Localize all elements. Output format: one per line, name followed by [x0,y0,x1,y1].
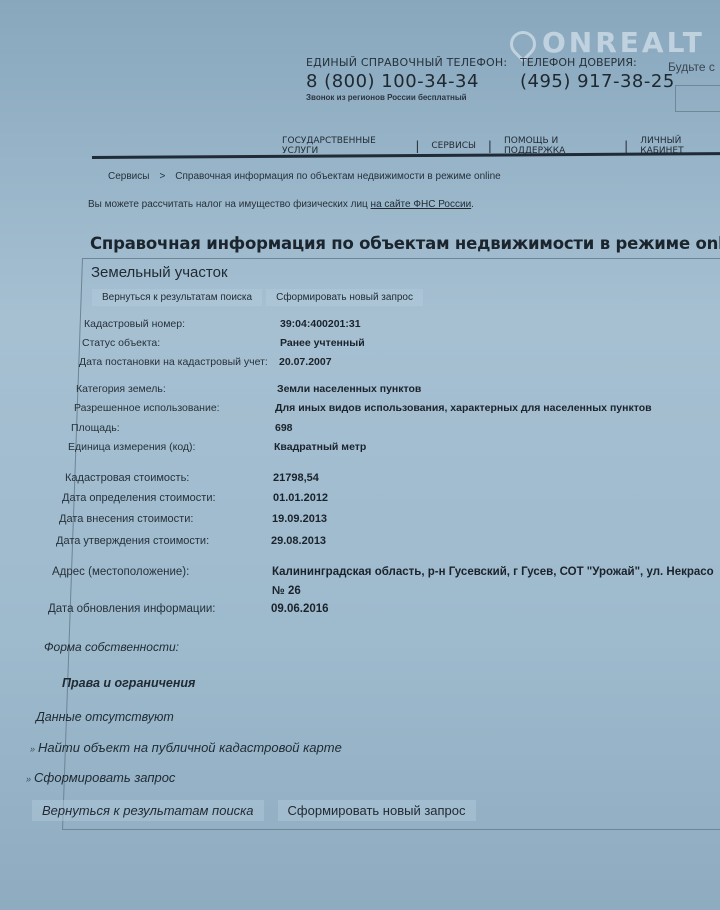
onrealt-watermark: ONREALT [510,26,705,59]
nav-separator: | [624,139,628,153]
breadcrumb-separator: > [159,171,165,182]
breadcrumb-services[interactable]: Сервисы [108,171,149,182]
field-registration-date: Дата постановки на кадастровый учет: 20.… [79,356,332,368]
top-button-row: Вернуться к результатам поиска Сформиров… [92,289,427,306]
back-to-results-button-bottom[interactable]: Вернуться к результатам поиска [32,800,264,821]
bullet-icon: » [26,774,31,784]
rights-status: Данные отсутствуют [36,710,174,724]
field-land-category: Категория земель: Земли населенных пункт… [76,383,421,395]
tax-note: Вы можете рассчитать налог на имущество … [88,199,474,210]
field-valuation-date: Дата определения стоимости: 01.01.2012 [62,492,328,504]
breadcrumb: Сервисы > Справочная информация по объек… [108,171,501,182]
public-map-link[interactable]: »Найти объект на публичной кадастровой к… [30,740,342,755]
nav-item-gov-services[interactable]: ГОСУДАРСТВЕННЫЕ УСЛУГИ [282,136,403,156]
hotline-block: ЕДИНЫЙ СПРАВОЧНЫЙ ТЕЛЕФОН: 8 (800) 100-3… [306,56,507,102]
subscribe-input[interactable] [675,85,720,112]
field-area: Площадь: 698 [71,422,293,434]
field-address-line2: № 26 [272,585,301,597]
fns-link[interactable]: на сайте ФНС России [371,199,472,210]
trust-number: (495) 917-38-25 [520,71,675,92]
field-value-approval-date: Дата утверждения стоимости: 29.08.2013 [56,535,326,547]
field-cadastral-number: Кадастровый номер: 39:04:400201:31 [84,318,361,330]
connect-text: Будьте с [668,60,715,74]
bullet-icon: » [30,744,35,754]
make-request-link[interactable]: »Сформировать запрос [26,770,175,785]
breadcrumb-current: Справочная информация по объектам недвиж… [175,171,500,182]
trust-label: ТЕЛЕФОН ДОВЕРИЯ: [520,56,675,69]
hotline-label: ЕДИНЫЙ СПРАВОЧНЫЙ ТЕЛЕФОН: [306,56,507,69]
ownership-label: Форма собственности: [44,640,179,654]
field-value-entry-date: Дата внесения стоимости: 19.09.2013 [59,513,327,525]
field-cadastral-value: Кадастровая стоимость: 21798,54 [65,472,319,484]
new-request-button-bottom[interactable]: Сформировать новый запрос [278,800,476,821]
hotline-number: 8 (800) 100-34-34 [306,71,507,92]
back-to-results-button[interactable]: Вернуться к результатам поиска [92,289,262,306]
bottom-button-row: Вернуться к результатам поиска Сформиров… [32,800,490,821]
hotline-note: Звонок из регионов России бесплатный [306,93,507,102]
trust-line-block: ТЕЛЕФОН ДОВЕРИЯ: (495) 917-38-25 [520,56,675,92]
rights-heading: Права и ограничения [62,676,195,690]
field-permitted-use: Разрешенное использование: Для иных видо… [74,402,652,414]
nav-divider [92,152,720,159]
nav-separator: | [415,139,419,153]
new-request-button[interactable]: Сформировать новый запрос [266,289,423,306]
field-unit: Единица измерения (код): Квадратный метр [68,441,366,453]
nav-item-services[interactable]: СЕРВИСЫ [431,141,476,151]
nav-separator: | [488,139,492,153]
panel-title: Земельный участок [91,264,228,281]
field-address: Адрес (местоположение): Калининградская … [52,566,714,578]
field-status: Статус объекта: Ранее учтенный [82,337,365,349]
field-update-date: Дата обновления информации: 09.06.2016 [48,603,329,615]
page-title: Справочная информация по объектам недвиж… [90,234,720,253]
